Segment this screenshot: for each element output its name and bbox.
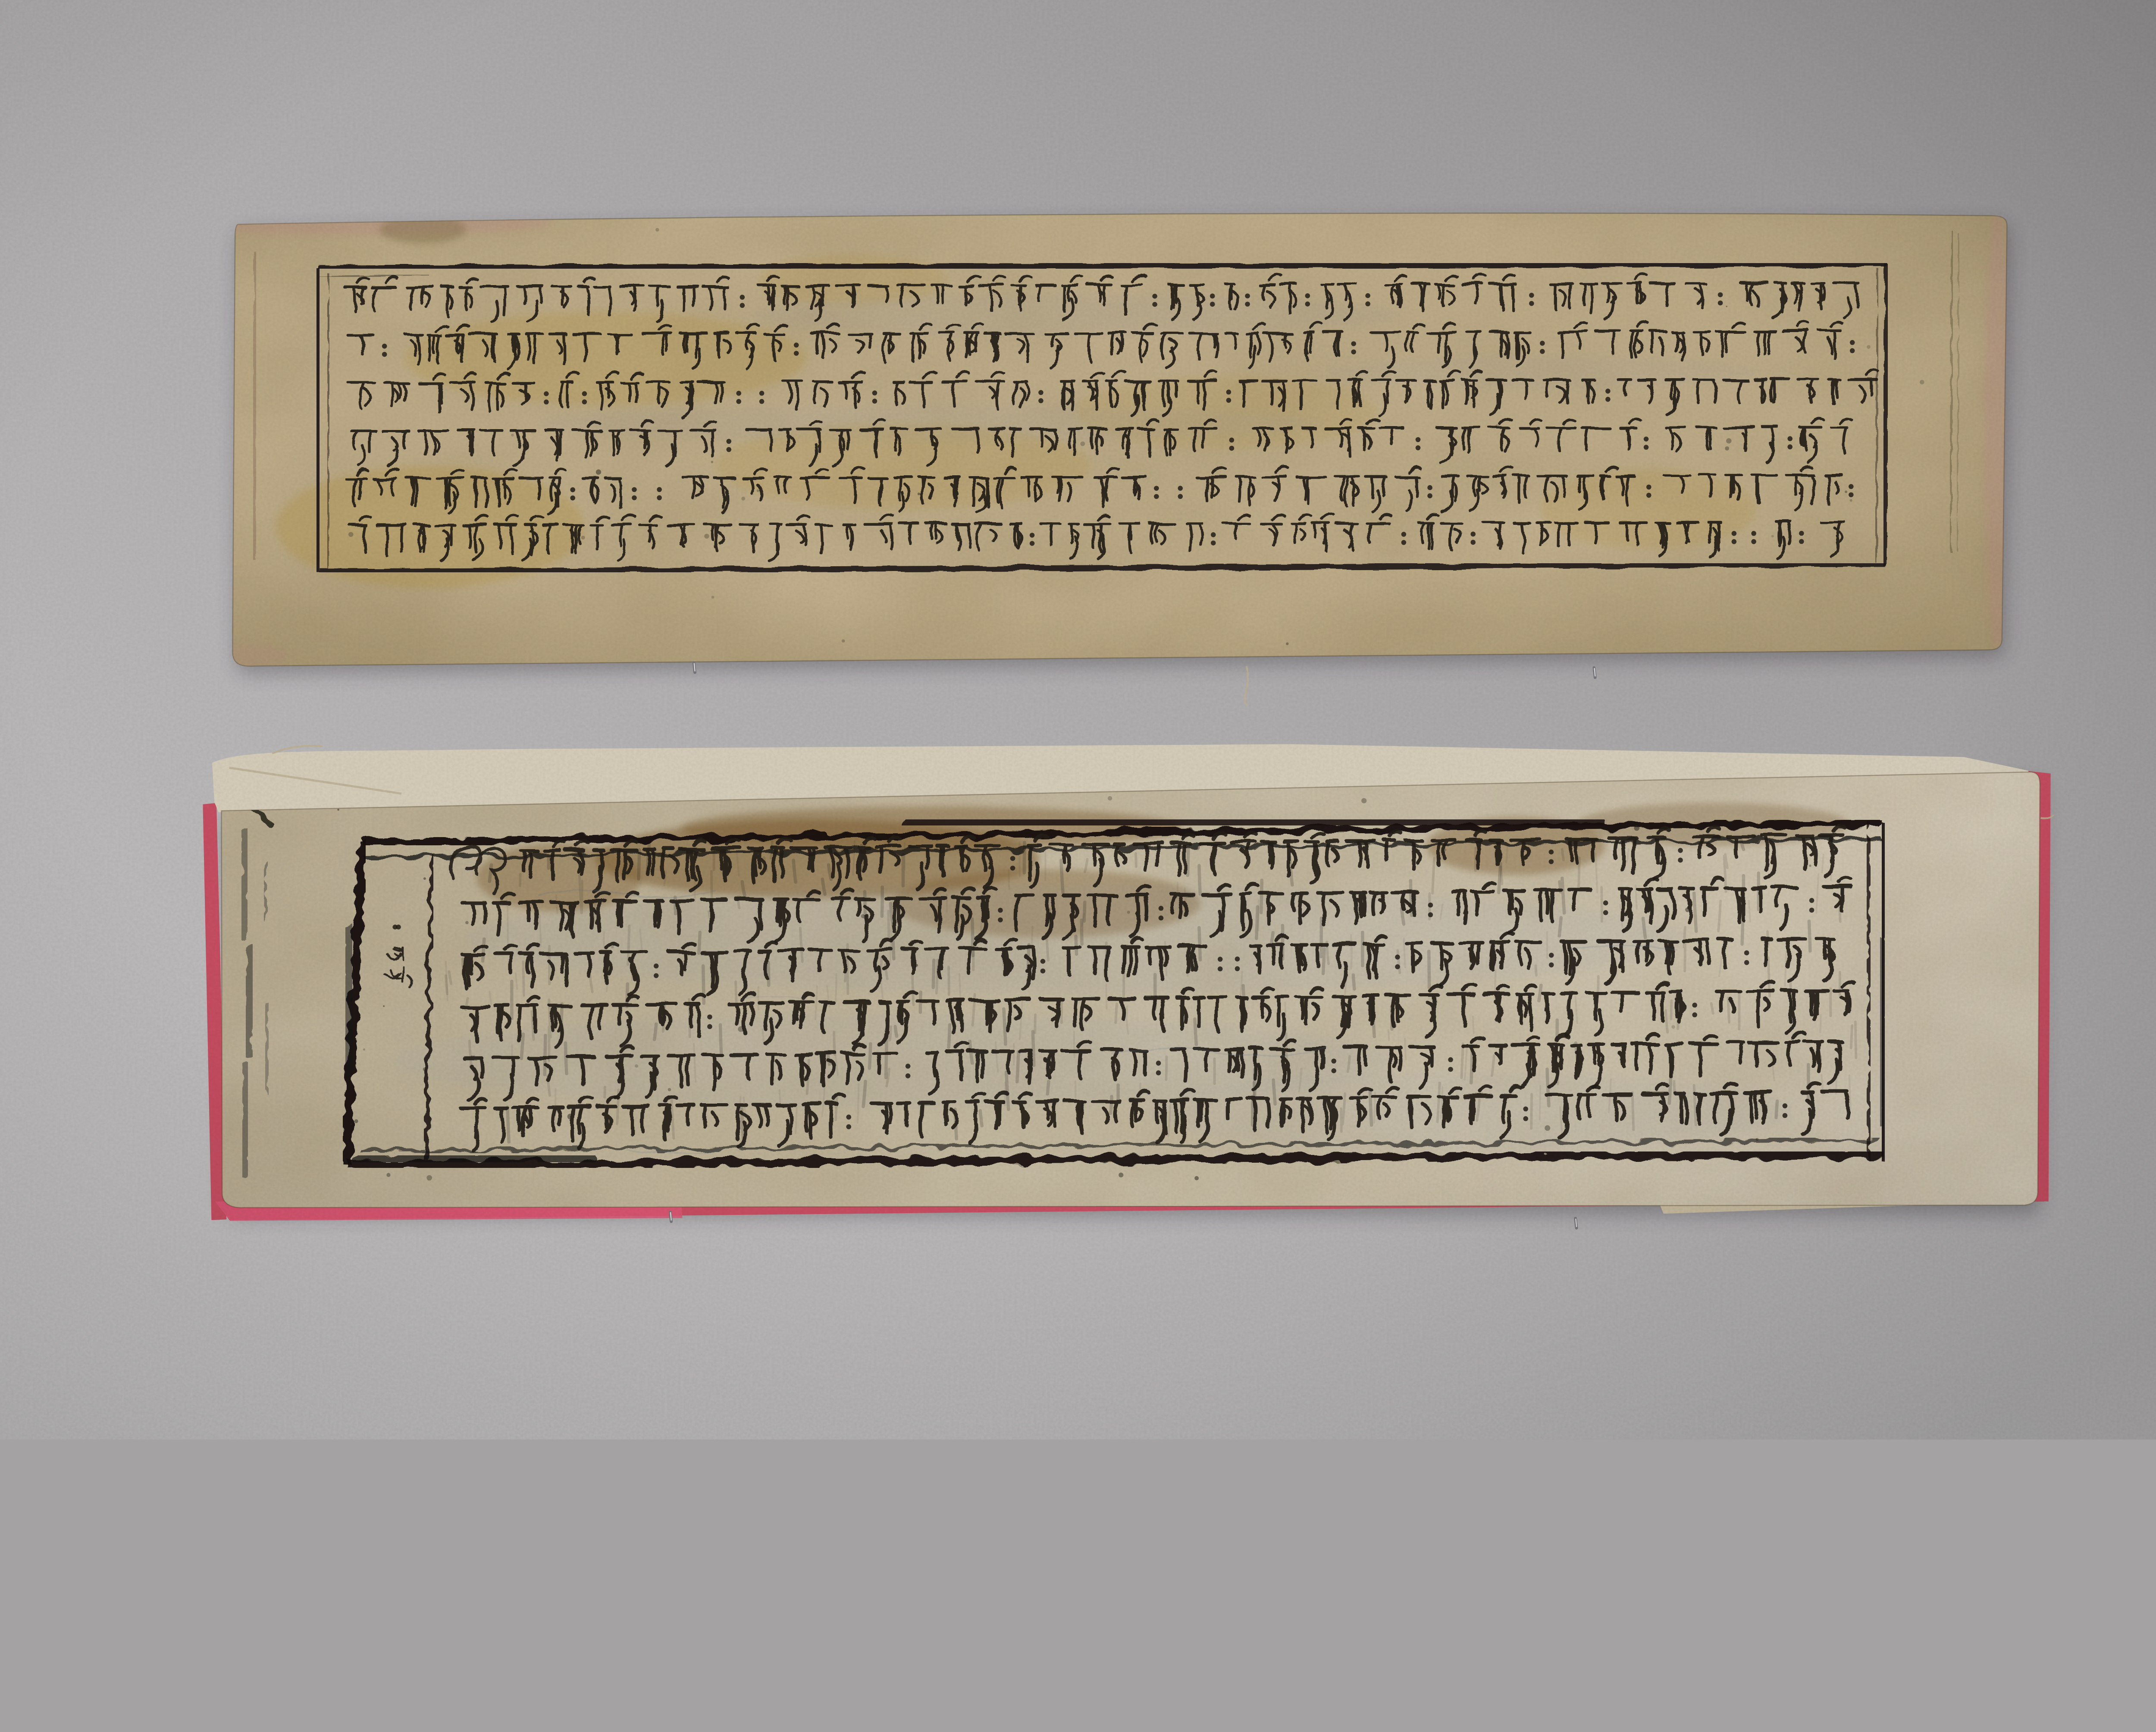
photo-stage: [0, 0, 2156, 1440]
photo-grain: [0, 0, 2156, 1440]
manuscript-photograph: [0, 0, 2156, 1440]
